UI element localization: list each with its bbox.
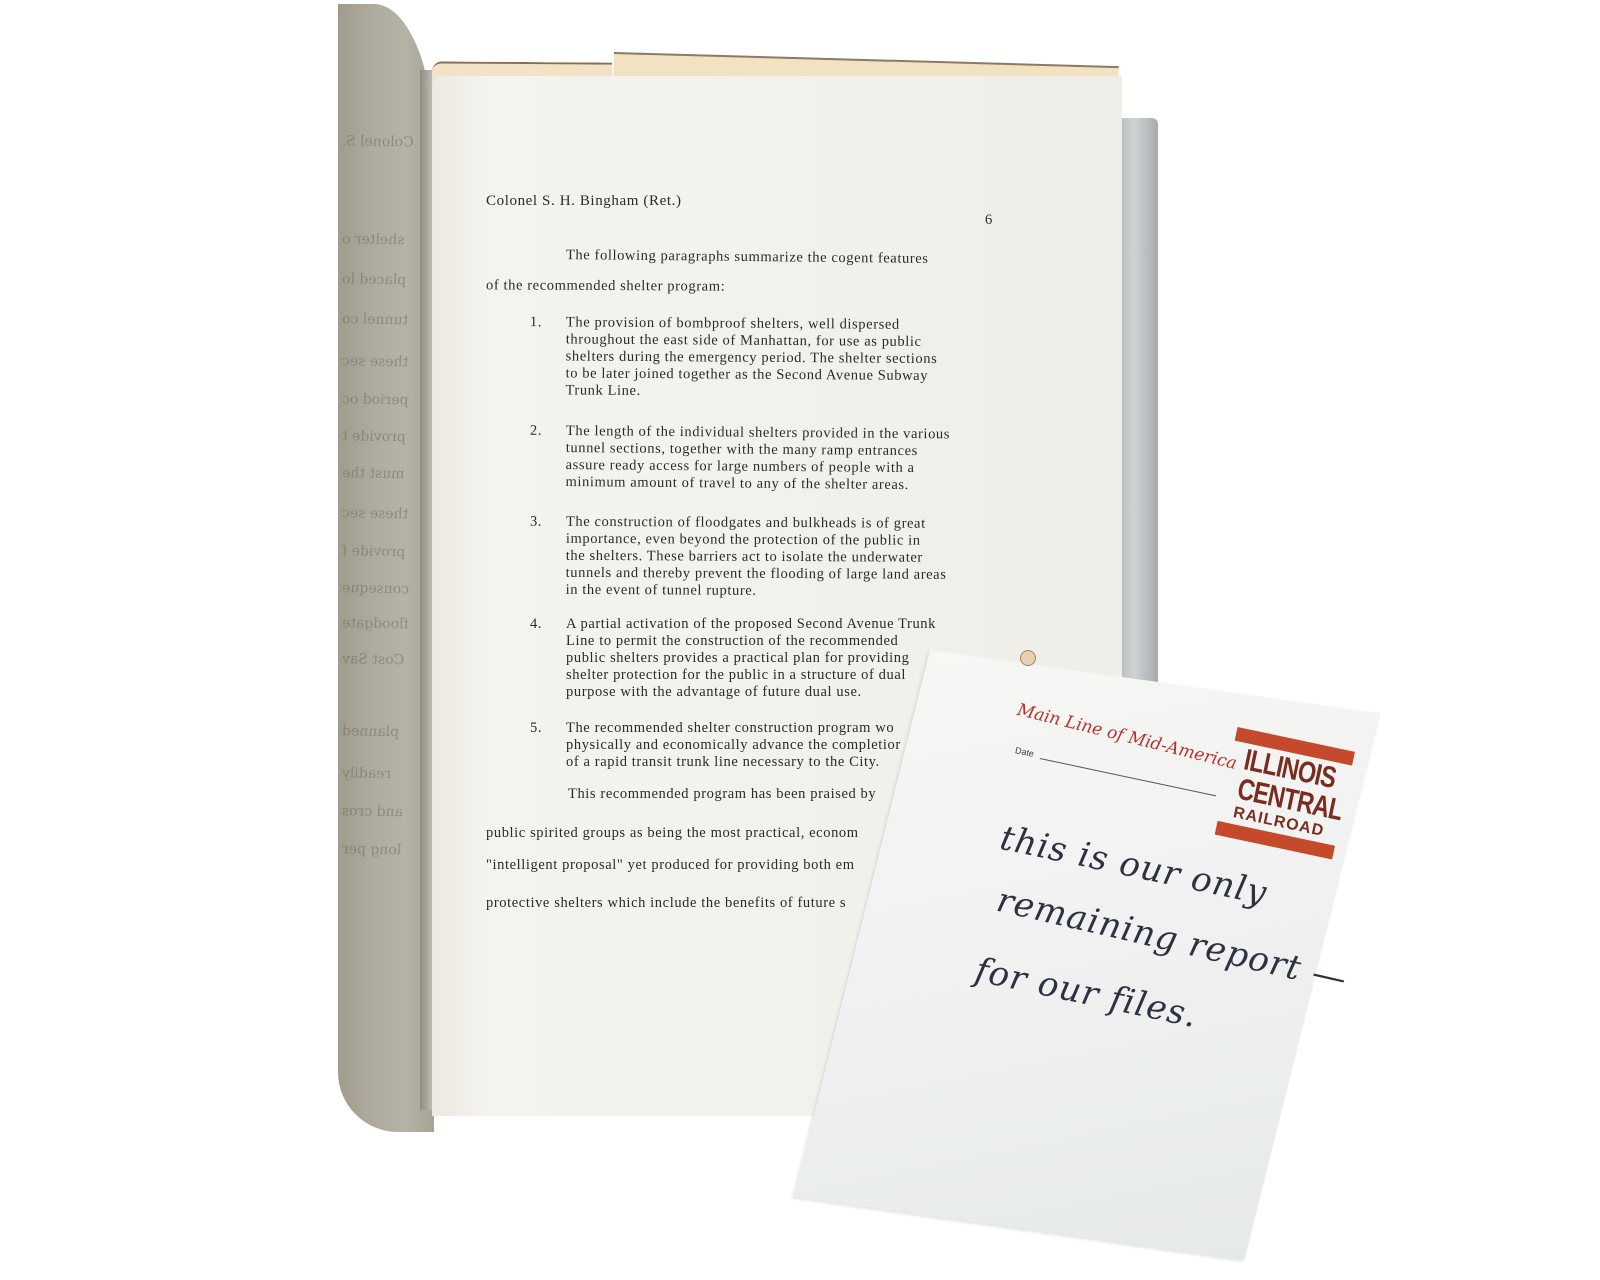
bleed-through-text: provide f xyxy=(342,543,432,561)
item-number: 1. xyxy=(530,314,542,331)
item-number: 5. xyxy=(530,720,542,737)
page-header: Colonel S. H. Bingham (Ret.) xyxy=(486,193,682,210)
bleed-through-text: and cros xyxy=(342,803,432,821)
bleed-through-text: readily xyxy=(342,765,432,783)
bleed-through-text: floodgate xyxy=(342,615,432,633)
bleed-through-text: planned xyxy=(342,723,432,741)
closing-line: public spirited groups as being the most… xyxy=(486,825,859,842)
punch-hole xyxy=(1020,650,1036,666)
bleed-through-text: these sec xyxy=(342,353,432,371)
bleed-through-text: Cost Sav xyxy=(342,651,432,669)
bleed-through-text: long per xyxy=(342,841,432,859)
item-number: 2. xyxy=(530,423,542,440)
illinois-central-logo: ILLINOIS CENTRAL RAILROAD xyxy=(1214,725,1355,861)
bleed-through-text: conseque xyxy=(342,580,432,598)
bleed-through-text: period oc xyxy=(342,391,432,409)
closing-line: protective shelters which include the be… xyxy=(486,895,846,912)
item-number: 4. xyxy=(530,616,542,633)
tissue-page-edge xyxy=(1118,118,1158,688)
closing-line: "intelligent proposal" yet produced for … xyxy=(486,857,855,874)
intro-line: of the recommended shelter program: xyxy=(486,277,725,295)
bleed-through-text: provide t xyxy=(342,428,432,446)
bleed-through-text: these sec xyxy=(342,505,432,523)
item-number: 3. xyxy=(530,514,542,531)
bleed-through-text: placed lo xyxy=(342,271,432,289)
bleed-through-text: shelter o xyxy=(342,231,432,249)
page-number: 6 xyxy=(985,212,993,229)
item-text: The construction of floodgates and bulkh… xyxy=(566,514,1036,601)
bleed-through-text: Colonel S. xyxy=(342,133,432,151)
item-text: The provision of bombproof shelters, wel… xyxy=(565,314,1036,402)
closing-line: This recommended program has been praise… xyxy=(568,786,876,803)
bleed-through-text: must the xyxy=(342,465,432,483)
item-text: The length of the individual shelters pr… xyxy=(565,423,1036,495)
bleed-through-text: tunnel co xyxy=(342,311,432,329)
